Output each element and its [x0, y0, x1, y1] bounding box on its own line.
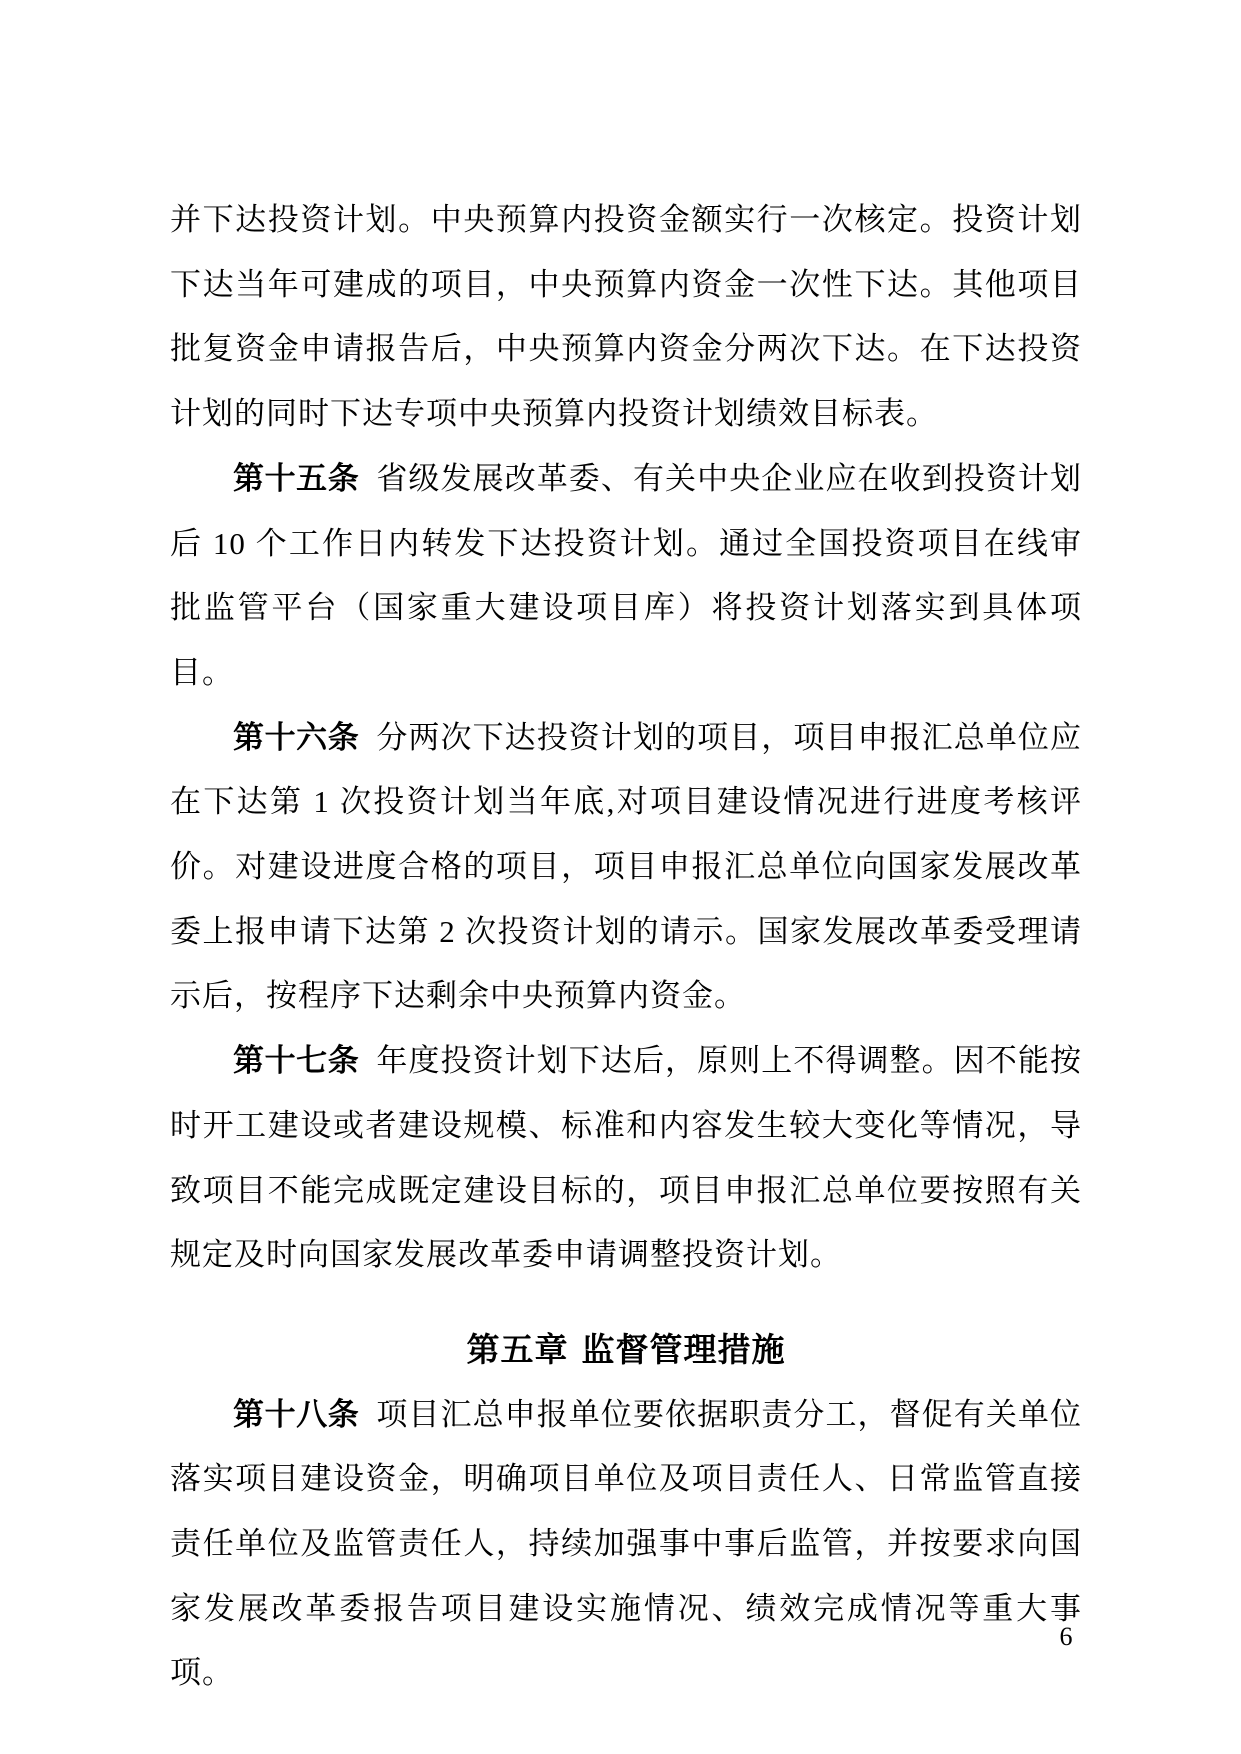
- article-text-16: 分两次下达投资计划的项目，项目申报汇总单位应在下达第 1 次投资计划当年底,对项…: [170, 720, 1082, 1014]
- chapter-heading-title: 监督管理措施: [582, 1331, 786, 1368]
- article-paragraph-16: 第十六条分两次下达投资计划的项目，项目申报汇总单位应在下达第 1 次投资计划当年…: [170, 706, 1082, 1030]
- article-label-18: 第十八条: [233, 1397, 359, 1432]
- article-label-17: 第十七条: [233, 1043, 359, 1078]
- article-paragraph-17: 第十七条年度投资计划下达后，原则上不得调整。因不能按时开工建设或者建设规模、标准…: [170, 1029, 1082, 1288]
- article-text-18: 项目汇总申报单位要依据职责分工，督促有关单位落实项目建设资金，明确项目单位及项目…: [170, 1397, 1082, 1691]
- article-paragraph-15: 第十五条省级发展改革委、有关中央企业应在收到投资计划后 10 个工作日内转发下达…: [170, 447, 1082, 706]
- chapter-heading-label: 第五章: [467, 1331, 569, 1368]
- continuation-paragraph: 并下达投资计划。中央预算内投资金额实行一次核定。投资计划下达当年可建成的项目，中…: [170, 188, 1082, 447]
- document-page: 并下达投资计划。中央预算内投资金额实行一次核定。投资计划下达当年可建成的项目，中…: [0, 0, 1241, 1754]
- chapter-heading: 第五章监督管理措施: [170, 1318, 1082, 1383]
- text-block: 并下达投资计划。中央预算内投资金额实行一次核定。投资计划下达当年可建成的项目，中…: [170, 188, 1082, 1706]
- article-paragraph-18: 第十八条项目汇总申报单位要依据职责分工，督促有关单位落实项目建设资金，明确项目单…: [170, 1383, 1082, 1707]
- article-label-16: 第十六条: [233, 720, 359, 755]
- article-label-15: 第十五条: [233, 461, 359, 496]
- page-number: 6: [1046, 1620, 1086, 1654]
